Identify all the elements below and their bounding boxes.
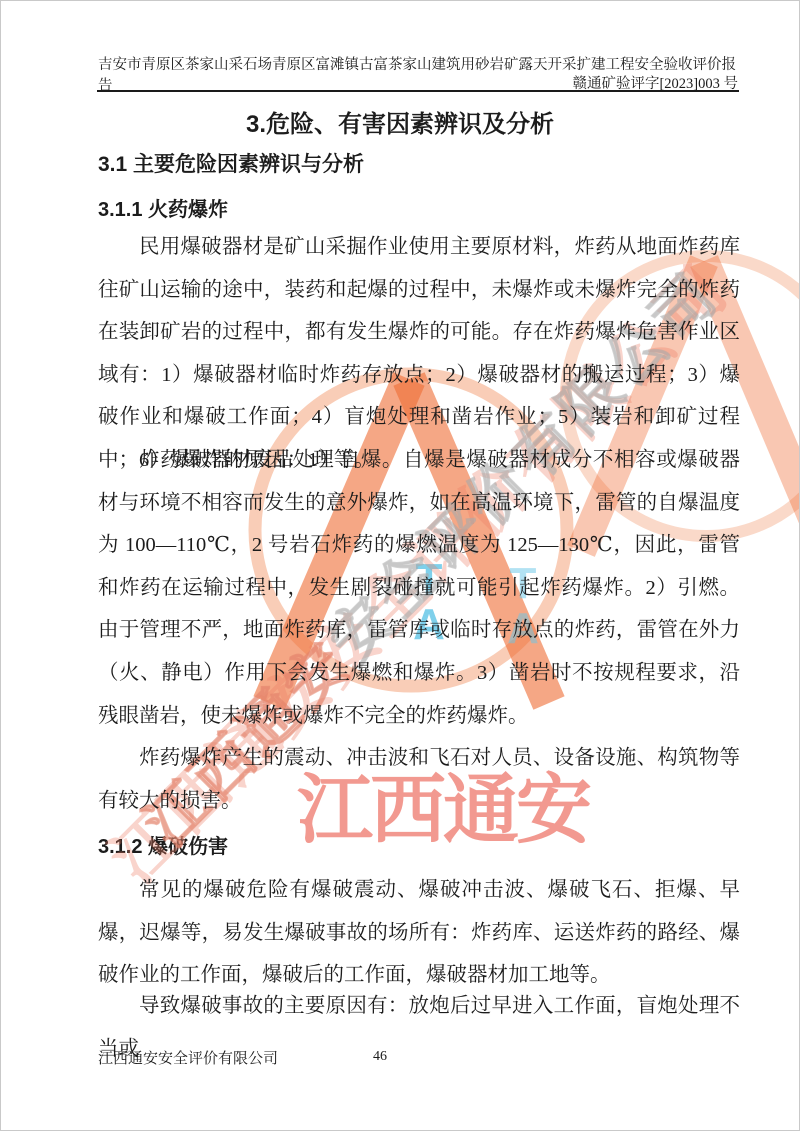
chapter-title: 3.危险、有害因素辨识及分析 [1,104,799,139]
paragraph-blasting-hazards: 常见的爆破危险有爆破震动、爆破冲击波、爆破飞石、拒爆、早爆，迟爆等，易发生爆破事… [98,869,740,997]
paragraph-blasting-accident-causes: 导致爆破事故的主要原因有：放炮后过早进入工作面，盲炮处理不当或 [98,985,740,1070]
subsection-heading-3-1-1: 3.1.1 火药爆炸 [98,193,228,222]
paragraph-explosion-causes: 炸药爆炸的原因：1）自爆。自爆是爆破器材成分不相容或爆破器材与环境不相容而发生的… [98,439,740,737]
section-heading-3-1: 3.1 主要危险因素辨识与分析 [98,148,364,178]
paragraph-explosion-damage: 炸药爆炸产生的震动、冲击波和飞石对人员、设备设施、构筑物等有较大的损害。 [98,737,740,822]
document-page: T A T A 江西通安安全评价有限公司 江西通安安全评价有限公司 吉安市青原区… [0,0,800,1131]
header-divider [97,90,739,92]
subsection-heading-3-1-2: 3.1.2 爆破伤害 [98,830,228,859]
